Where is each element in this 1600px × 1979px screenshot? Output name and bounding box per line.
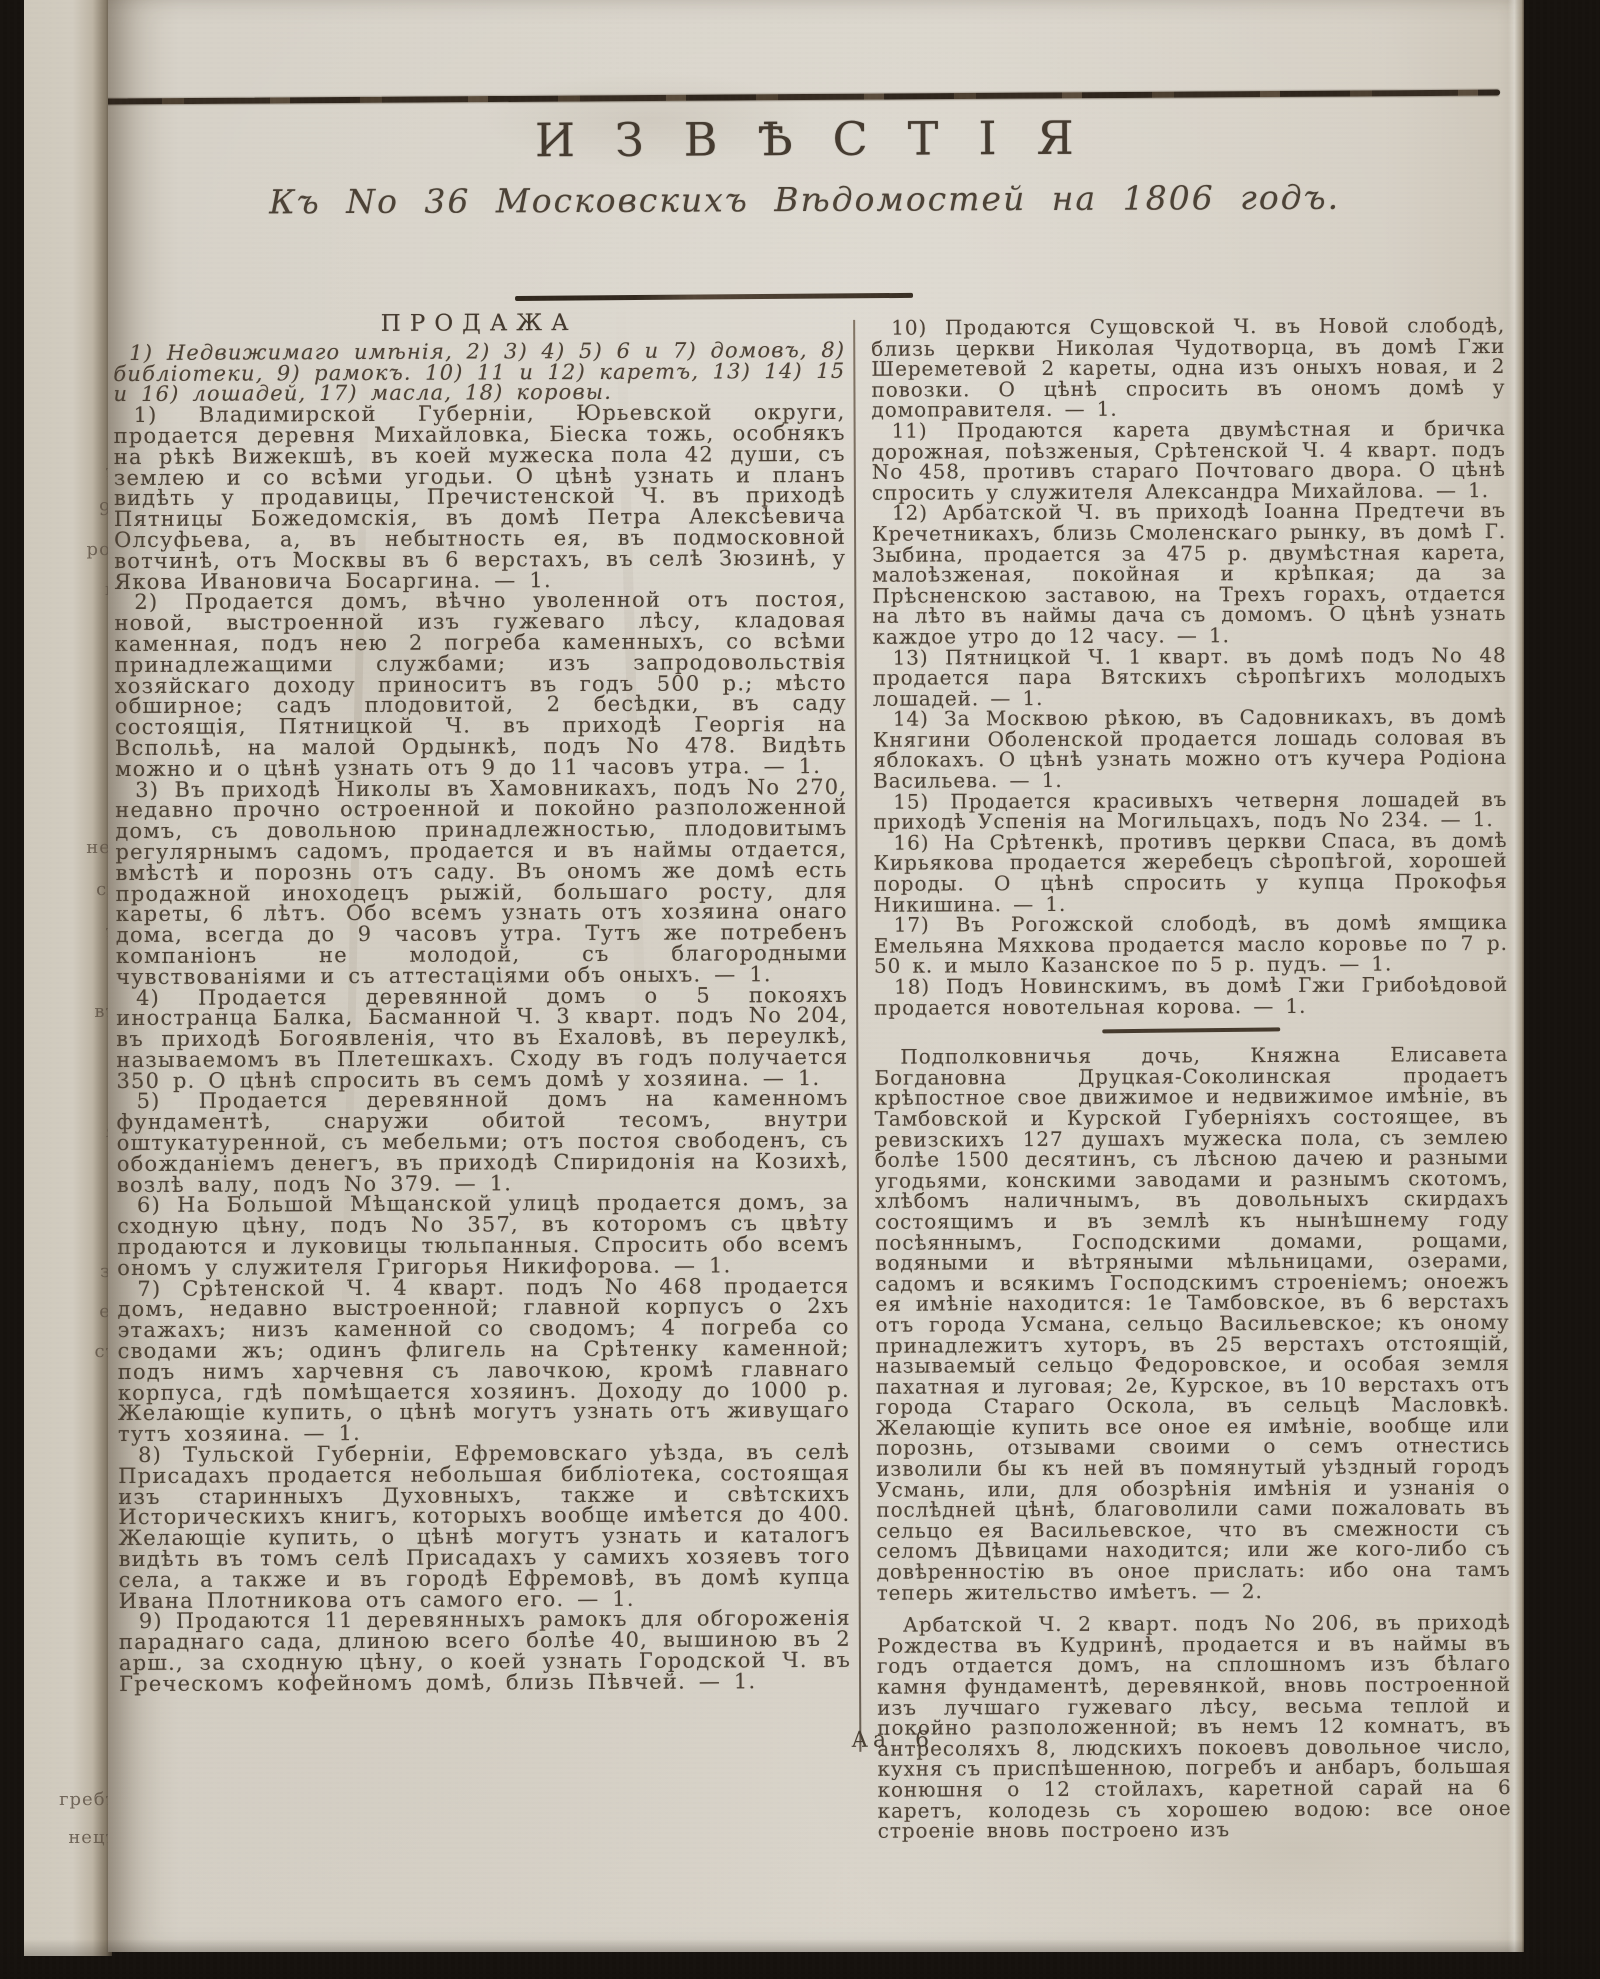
ad-item-18: 18) Подъ Новинскимъ, въ домѣ Гжи Грибоѣд…: [874, 974, 1508, 1018]
subtitle-rule: [515, 293, 913, 301]
signature-mark: Аа 6: [851, 1727, 934, 1752]
page-subtitle: Къ No 36 Московскихъ Вѣдомостей на 1806 …: [108, 177, 1505, 222]
ad-item-11: 11) Продаются карета двумѣстная и бричка…: [872, 418, 1506, 503]
house-sale-notice: Арбатской Ч. 2 кварт. подъ No 206, въ пр…: [877, 1612, 1512, 1841]
ad-item-8: 8) Тульской Губерніи, Ефремовскаго уѣзда…: [118, 1442, 851, 1612]
masthead: ИЗВѢСТІЯ Къ No 36 Московскихъ Вѣдомостей…: [108, 109, 1505, 222]
section-heading: ПРОДАЖА: [113, 312, 845, 336]
ad-item-14: 14) За Москвою рѣкою, въ Садовникахъ, въ…: [873, 706, 1507, 791]
ad-item-10: 10) Продаются Сущовской Ч. въ Новой слоб…: [871, 315, 1505, 421]
ad-item-13: 13) Пятницкой Ч. 1 кварт. въ домѣ подъ N…: [873, 644, 1507, 709]
ad-item-5: 5) Продается деревянной домъ на каменном…: [116, 1088, 848, 1195]
ad-item-7: 7) Срѣтенской Ч. 4 кварт. подъ No 468 пр…: [117, 1276, 850, 1446]
index-paragraph: 1) Недвижимаго имѣнія, 2) 3) 4) 5) 6 и 7…: [113, 340, 845, 406]
ad-item-4: 4) Продается деревянной домъ о 5 покояхъ…: [116, 984, 848, 1091]
right-column: 10) Продаются Сущовской Ч. въ Новой слоб…: [871, 315, 1512, 1842]
ad-item-6: 6) На Большой Мѣщанской улицѣ продается …: [117, 1192, 849, 1278]
gutter-text-fragment: гребъ: [59, 1790, 112, 1810]
gutter-text-fragment: нецъ: [68, 1828, 112, 1848]
ad-item-9: 9) Продаются 11 деревянныхъ рамокъ для о…: [119, 1608, 851, 1694]
facing-page-edge: ъ 9, ро- й не- сь ъ въ я з- е- съ гребъ …: [24, 0, 112, 1956]
ad-item-17: 17) Въ Рогожской слободѣ, въ домѣ ямщика…: [874, 912, 1508, 977]
ad-item-15: 15) Продается красивыхъ четверня лошадей…: [873, 789, 1507, 833]
notice-separator-rule: [1102, 1028, 1280, 1034]
column-divider-rule: [853, 320, 861, 1752]
newspaper-page: ИЗВѢСТІЯ Къ No 36 Московскихъ Вѣдомостей…: [108, 0, 1524, 1952]
ad-item-2: 2) Продается домъ, вѣчно уволенной отъ п…: [114, 589, 847, 779]
ad-item-3: 3) Въ приходѣ Николы въ Хамовникахъ, под…: [115, 776, 848, 987]
ornamental-header-rule: [108, 90, 1500, 105]
page-right-edge: [1508, 0, 1524, 1952]
ad-item-1: 1) Владимирской Губерніи, Юрьевской окру…: [114, 402, 847, 592]
ad-item-12: 12) Арбатской Ч. въ приходѣ Іоанна Предт…: [872, 500, 1507, 647]
page-content: ИЗВѢСТІЯ Къ No 36 Московскихъ Вѣдомостей…: [108, 0, 1524, 1952]
book-scan: ъ 9, ро- й не- сь ъ въ я з- е- съ гребъ …: [0, 0, 1600, 1979]
left-column: ПРОДАЖА 1) Недвижимаго имѣнія, 2) 3) 4) …: [113, 312, 851, 1695]
page-title: ИЗВѢСТІЯ: [124, 109, 1524, 169]
ad-item-16: 16) На Срѣтенкѣ, противъ церкви Спаса, в…: [873, 830, 1507, 915]
estate-sale-notice: Подполковничья дочь, Княжна Елисавета Бо…: [874, 1044, 1510, 1603]
